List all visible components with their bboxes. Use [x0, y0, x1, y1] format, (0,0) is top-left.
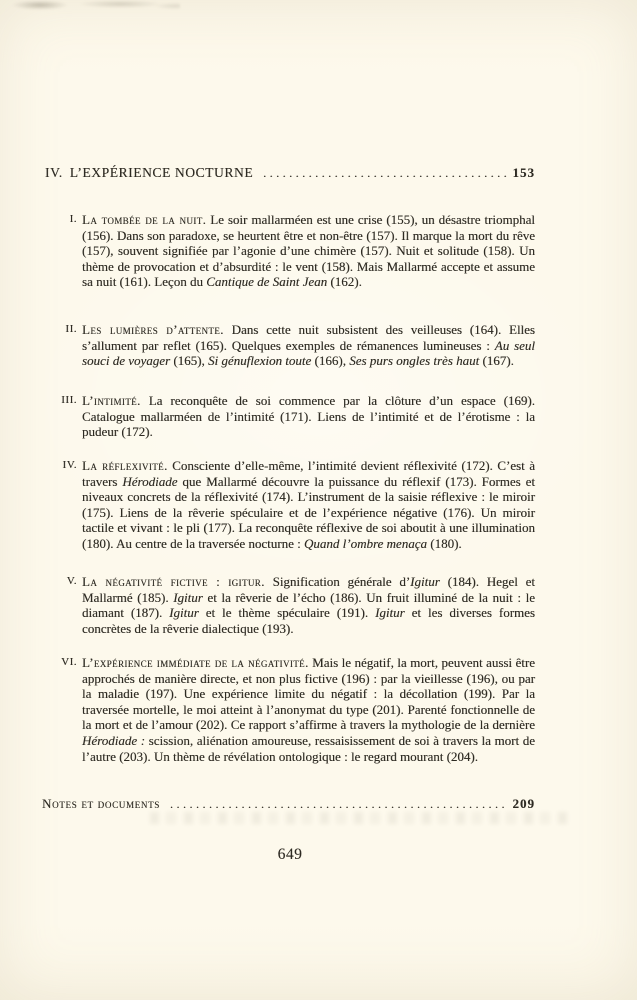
work-title: Hérodiade: [122, 474, 177, 489]
dot-leader: ........................................…: [263, 166, 506, 181]
folio-page-number: 649: [45, 846, 535, 864]
work-title: Ses purs ongles très haut: [349, 353, 479, 368]
section-text: La tombée de la nuit. Le soir mallarméen…: [82, 212, 535, 290]
work-title: Igitur: [410, 574, 440, 589]
toc-entry: V.La négativité fictive : igitur. Signif…: [45, 574, 535, 636]
toc-entry: III.L’intimité. La reconquête de soi com…: [45, 393, 535, 440]
chapter-title: L’EXPÉRIENCE NOCTURNE: [70, 165, 253, 181]
paper-smudge: [10, 0, 180, 16]
section-heading: L’intimité.: [82, 393, 141, 408]
toc-entry: IV.La réflexivité. Consciente d’elle-mêm…: [45, 458, 535, 552]
book-page: IV. L’EXPÉRIENCE NOCTURNE ..............…: [0, 0, 637, 1000]
chapter-numeral: IV.: [45, 165, 63, 181]
toc-entry: II.Les lumières d’attente. Dans cette nu…: [45, 322, 535, 369]
section-text: La négativité fictive : igitur. Signific…: [82, 574, 535, 636]
toc-entry: VI.L’expérience immédiate de la négativi…: [45, 655, 535, 764]
notes-page-number: 209: [513, 796, 536, 812]
toc-entry: I.La tombée de la nuit. Le soir mallarmé…: [45, 212, 535, 290]
section-heading: La réflexivité.: [82, 458, 168, 473]
work-title: Quand l’ombre menaça: [304, 536, 427, 551]
ink-bleed-ghost: [150, 812, 570, 824]
work-title: Igitur: [169, 605, 199, 620]
section-numeral: IV.: [45, 458, 77, 474]
section-numeral: V.: [45, 574, 77, 590]
toc-chapter-heading: IV. L’EXPÉRIENCE NOCTURNE ..............…: [45, 165, 535, 181]
work-title: Igitur: [173, 590, 203, 605]
notes-label: Notes et documents: [42, 796, 160, 812]
section-text: La réflexivité. Consciente d’elle-même, …: [82, 458, 535, 552]
work-title: Hérodiade :: [82, 733, 145, 748]
section-numeral: I.: [45, 212, 77, 228]
section-text: L’expérience immédiate de la négativité.…: [82, 655, 535, 764]
work-title: Cantique de Saint Jean: [206, 274, 327, 289]
section-heading: La négativité fictive : igitur.: [82, 574, 265, 589]
section-text: L’intimité. La reconquête de soi commenc…: [82, 393, 535, 440]
section-text: Les lumières d’attente. Dans cette nuit …: [82, 322, 535, 369]
section-numeral: III.: [45, 393, 77, 409]
section-numeral: II.: [45, 322, 77, 338]
section-heading: L’expérience immédiate de la négativité.: [82, 655, 309, 670]
section-heading: La tombée de la nuit.: [82, 212, 206, 227]
chapter-page-number: 153: [513, 165, 536, 181]
notes-entry: Notes et documents .....................…: [42, 796, 535, 812]
dot-leader: ........................................…: [170, 797, 507, 812]
work-title: Si génuflexion toute: [208, 353, 311, 368]
work-title: Igitur: [375, 605, 405, 620]
section-heading: Les lumières d’attente.: [82, 322, 224, 337]
section-numeral: VI.: [45, 655, 77, 671]
